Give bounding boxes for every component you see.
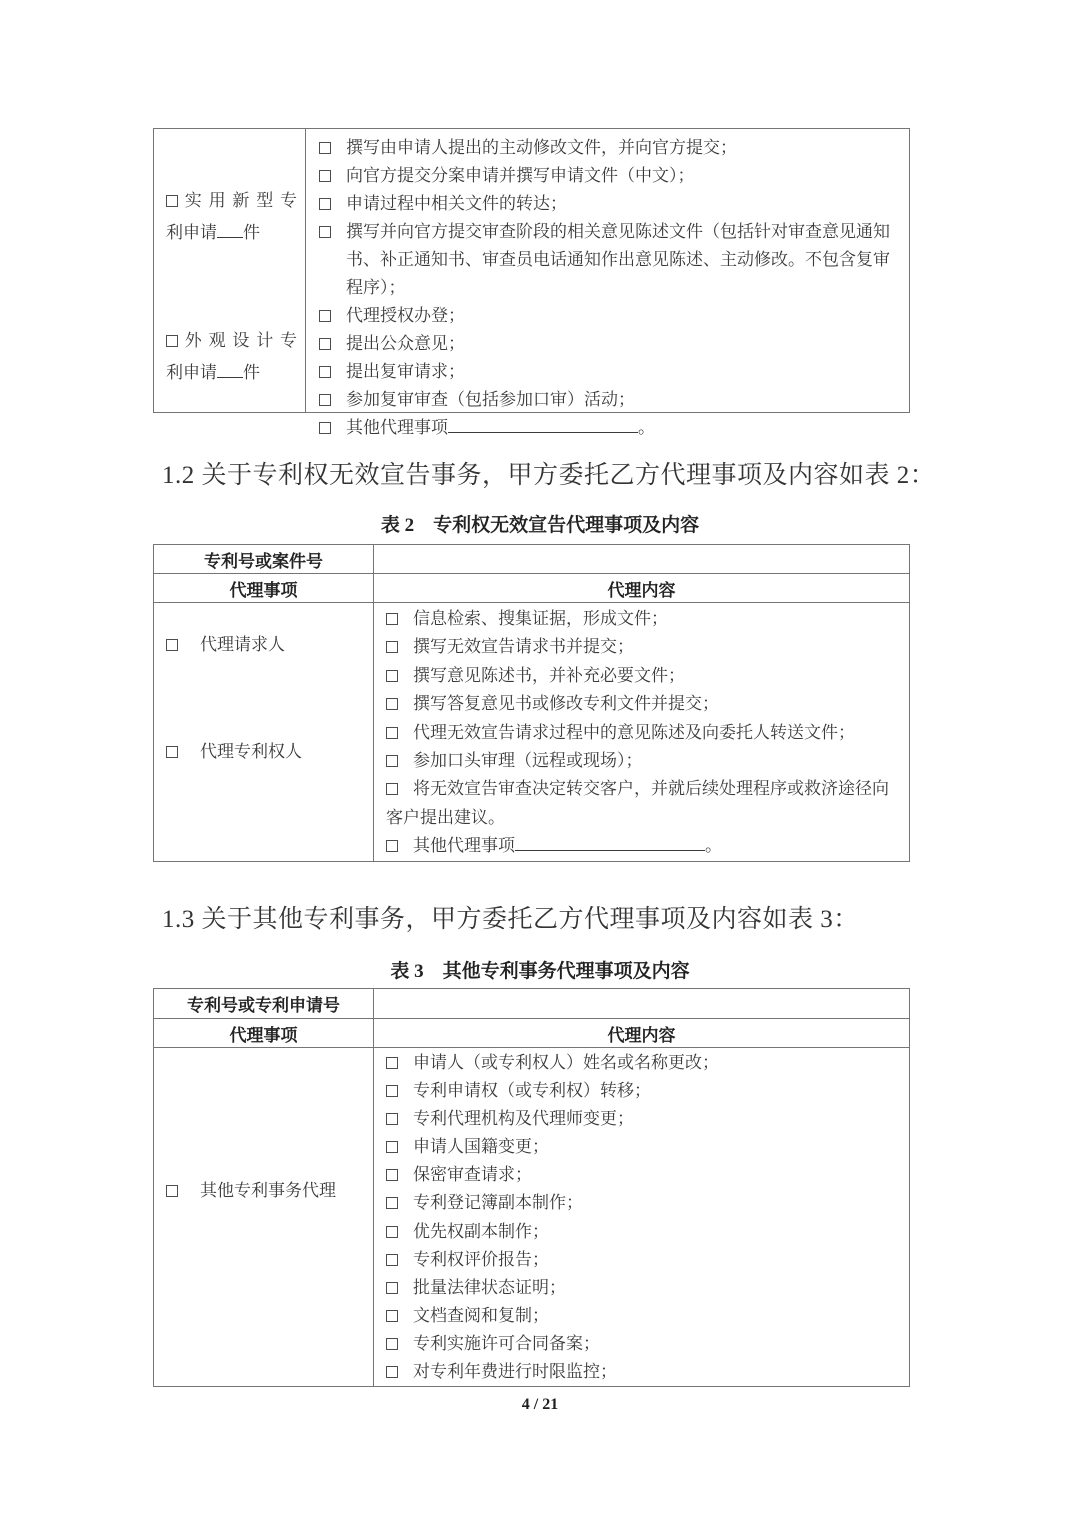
item-text: 撰写由申请人提出的主动修改文件，并向官方提交； — [346, 134, 897, 162]
table-3-agency-content-list: 申请人（或专利权人）姓名或名称更改；专利申请权（或专利权）转移；专利代理机构及代… — [374, 1048, 909, 1386]
checkbox-icon[interactable] — [319, 198, 331, 210]
agency-content-item: 撰写由申请人提出的主动修改文件，并向官方提交； — [319, 134, 897, 162]
table-3-patent-number-input-area[interactable] — [374, 989, 909, 1018]
checkbox-icon[interactable] — [386, 1338, 398, 1350]
fill-in-blank[interactable] — [515, 838, 705, 851]
table-1-application-agency: 实用新型专利申请件外观设计专利申请件 撰写由申请人提出的主动修改文件，并向官方提… — [153, 128, 910, 413]
agency-content-item: 批量法律状态证明； — [386, 1274, 897, 1302]
item-text: 申请人国籍变更； — [413, 1133, 897, 1161]
agency-content-item: 参加口头审理（远程或现场）； — [386, 747, 897, 775]
agency-content-item: 将无效宣告审查决定转交客户，并就后续处理程序或救济途径向客户提出建议。 — [386, 775, 897, 832]
agency-content-item: 提出公众意见； — [319, 330, 897, 358]
agency-matter-item: 代理专利权人 — [166, 738, 365, 766]
agency-content-item: 申请人国籍变更； — [386, 1133, 897, 1161]
checkbox-icon[interactable] — [166, 639, 178, 651]
checkbox-icon[interactable] — [319, 394, 331, 406]
agency-content-item: 其他代理事项。 — [319, 414, 897, 442]
table-3-other-patent-affairs: 专利号或专利申请号 代理事项 代理内容 其他专利事务代理 申请人（或专利权人）姓… — [153, 988, 910, 1387]
table-2-body-row: 代理请求人代理专利权人 信息检索、搜集证据，形成文件；撰写无效宣告请求书并提交；… — [154, 603, 909, 861]
table-2-header-row: 代理事项 代理内容 — [154, 574, 909, 603]
checkbox-icon[interactable] — [386, 613, 398, 625]
agency-content-item: 专利实施许可合同备案； — [386, 1330, 897, 1358]
table-3-header-agency-matter: 代理事项 — [154, 1019, 374, 1047]
table-2-patent-number-row: 专利号或案件号 — [154, 545, 909, 574]
item-text: 专利权评价报告； — [413, 1246, 897, 1274]
checkbox-icon[interactable] — [386, 755, 398, 767]
patent-type-item: 实用新型专利申请件 — [166, 185, 297, 249]
item-text: 保密审查请求； — [413, 1161, 897, 1189]
item-text: 文档查阅和复制； — [413, 1302, 897, 1330]
agency-content-item: 代理授权办登； — [319, 302, 897, 330]
item-text: 信息检索、搜集证据，形成文件； — [413, 605, 897, 633]
checkbox-icon[interactable] — [386, 1226, 398, 1238]
agency-content-item: 提出复审请求； — [319, 358, 897, 386]
table-3-header-row: 代理事项 代理内容 — [154, 1019, 909, 1048]
table-2-patent-number-input-area[interactable] — [374, 545, 909, 573]
table-2-invalidation-agency: 专利号或案件号 代理事项 代理内容 代理请求人代理专利权人 信息检索、搜集证据，… — [153, 544, 910, 862]
agency-content-item: 优先权副本制作； — [386, 1218, 897, 1246]
checkbox-icon[interactable] — [319, 170, 331, 182]
checkbox-icon[interactable] — [386, 840, 398, 852]
item-text: 向官方提交分案申请并撰写申请文件（中文）； — [346, 162, 897, 190]
agency-content-item: 文档查阅和复制； — [386, 1302, 897, 1330]
agency-content-item: 对专利年费进行时限监控； — [386, 1358, 897, 1386]
agency-content-item: 专利代理机构及代理师变更； — [386, 1105, 897, 1133]
checkbox-icon[interactable] — [386, 698, 398, 710]
agency-content-item: 专利权评价报告； — [386, 1246, 897, 1274]
checkbox-icon[interactable] — [386, 1197, 398, 1209]
item-text: 专利实施许可合同备案； — [413, 1330, 897, 1358]
item-text: 批量法律状态证明； — [413, 1274, 897, 1302]
checkbox-icon[interactable] — [166, 746, 178, 758]
checkbox-icon[interactable] — [319, 366, 331, 378]
item-text: 专利登记簿副本制作； — [413, 1189, 897, 1217]
agency-content-item: 撰写意见陈述书，并补充必要文件； — [386, 662, 897, 690]
item-text: 专利代理机构及代理师变更； — [413, 1105, 897, 1133]
checkbox-icon[interactable] — [386, 783, 398, 795]
checkbox-icon[interactable] — [166, 335, 178, 347]
item-text: 代理请求人 — [200, 631, 365, 659]
count-fill-in-blank[interactable] — [217, 225, 243, 238]
item-text: 参加复审审查（包括参加口审）活动； — [346, 386, 897, 414]
item-text: 撰写意见陈述书，并补充必要文件； — [413, 662, 897, 690]
item-text: 撰写并向官方提交审查阶段的相关意见陈述文件（包括针对审查意见通知书、补正通知书、… — [346, 218, 897, 302]
table-3-body-row: 其他专利事务代理 申请人（或专利权人）姓名或名称更改；专利申请权（或专利权）转移… — [154, 1048, 909, 1386]
agency-content-item: 申请人（或专利权人）姓名或名称更改； — [386, 1049, 897, 1077]
table-3-patent-number-row: 专利号或专利申请号 — [154, 989, 909, 1019]
table-2-header-agency-content: 代理内容 — [374, 574, 909, 602]
item-text: 优先权副本制作； — [413, 1218, 897, 1246]
item-text: 申请过程中相关文件的转达； — [346, 190, 897, 218]
table-3-patent-number-label: 专利号或专利申请号 — [154, 989, 374, 1018]
agency-matter-item: 其他专利事务代理 — [166, 1177, 365, 1205]
table-1-patent-type-column: 实用新型专利申请件外观设计专利申请件 — [154, 129, 306, 412]
checkbox-icon[interactable] — [386, 641, 398, 653]
agency-content-item: 申请过程中相关文件的转达； — [319, 190, 897, 218]
checkbox-icon[interactable] — [319, 338, 331, 350]
checkbox-icon[interactable] — [166, 195, 178, 207]
checkbox-icon[interactable] — [386, 1057, 398, 1069]
item-text: 其他代理事项。 — [346, 414, 897, 442]
checkbox-icon[interactable] — [386, 1366, 398, 1378]
item-text: 对专利年费进行时限监控； — [413, 1358, 897, 1386]
item-text: 将无效宣告审查决定转交客户，并就后续处理程序或救济途径向客户提出建议。 — [386, 779, 889, 826]
document-page: 实用新型专利申请件外观设计专利申请件 撰写由申请人提出的主动修改文件，并向官方提… — [0, 0, 1080, 1527]
item-text: 撰写无效宣告请求书并提交； — [413, 633, 897, 661]
agency-content-item: 专利登记簿副本制作； — [386, 1189, 897, 1217]
item-text: 实用新型专 — [178, 191, 297, 210]
agency-content-item: 撰写并向官方提交审查阶段的相关意见陈述文件（包括针对审查意见通知书、补正通知书、… — [319, 218, 897, 302]
fill-in-blank[interactable] — [448, 420, 638, 433]
checkbox-icon[interactable] — [166, 1185, 178, 1197]
table-1-body-row: 实用新型专利申请件外观设计专利申请件 撰写由申请人提出的主动修改文件，并向官方提… — [154, 129, 909, 412]
item-text: 代理无效宣告请求过程中的意见陈述及向委托人转送文件； — [413, 719, 897, 747]
checkbox-icon[interactable] — [319, 310, 331, 322]
checkbox-icon[interactable] — [386, 1169, 398, 1181]
agency-content-item: 向官方提交分案申请并撰写申请文件（中文）； — [319, 162, 897, 190]
section-1-2-heading: 1.2 关于专利权无效宣告事务，甲方委托乙方代理事项及内容如表 2： — [162, 458, 1022, 493]
count-fill-in-blank[interactable] — [217, 365, 243, 378]
patent-type-line2: 利申请件 — [166, 217, 297, 249]
checkbox-icon[interactable] — [386, 727, 398, 739]
agency-content-item: 代理无效宣告请求过程中的意见陈述及向委托人转送文件； — [386, 719, 897, 747]
item-text: 其他专利事务代理 — [200, 1177, 365, 1205]
table-3-header-agency-content: 代理内容 — [374, 1019, 909, 1047]
checkbox-icon[interactable] — [386, 1141, 398, 1153]
checkbox-icon[interactable] — [386, 1310, 398, 1322]
table-3-title: 表 3 其他专利事务代理事项及内容 — [0, 959, 1080, 984]
checkbox-icon[interactable] — [319, 226, 331, 238]
checkbox-icon[interactable] — [319, 142, 331, 154]
patent-type-line1: 外观设计专 — [166, 325, 297, 357]
checkbox-icon[interactable] — [386, 1282, 398, 1294]
agency-content-item: 专利申请权（或专利权）转移； — [386, 1077, 897, 1105]
patent-type-item: 外观设计专利申请件 — [166, 325, 297, 389]
table-2-header-agency-matter: 代理事项 — [154, 574, 374, 602]
agency-matter-item: 代理请求人 — [166, 631, 365, 659]
table-2-patent-number-label: 专利号或案件号 — [154, 545, 374, 573]
table-1-agency-content-list: 撰写由申请人提出的主动修改文件，并向官方提交；向官方提交分案申请并撰写申请文件（… — [306, 129, 909, 412]
checkbox-icon[interactable] — [386, 670, 398, 682]
page-number: 4 / 21 — [0, 1396, 1080, 1414]
checkbox-icon[interactable] — [386, 1113, 398, 1125]
item-text: 专利申请权（或专利权）转移； — [413, 1077, 897, 1105]
item-text: 代理专利权人 — [200, 738, 365, 766]
section-1-3-heading: 1.3 关于其他专利事务，甲方委托乙方代理事项及内容如表 3： — [162, 902, 1022, 937]
table-2-agency-content-list: 信息检索、搜集证据，形成文件；撰写无效宣告请求书并提交；撰写意见陈述书，并补充必… — [374, 603, 909, 861]
agency-content-item: 其他代理事项。 — [386, 832, 897, 860]
item-text: 参加口头审理（远程或现场）； — [413, 747, 897, 775]
checkbox-icon[interactable] — [386, 1254, 398, 1266]
patent-type-line2: 利申请件 — [166, 357, 297, 389]
agency-content-item: 信息检索、搜集证据，形成文件； — [386, 605, 897, 633]
item-text: 撰写答复意见书或修改专利文件并提交； — [413, 690, 897, 718]
table-2-title: 表 2 专利权无效宣告代理事项及内容 — [0, 513, 1080, 538]
item-text: 外观设计专 — [178, 331, 297, 350]
item-text: 申请人（或专利权人）姓名或名称更改； — [413, 1049, 897, 1077]
checkbox-icon[interactable] — [386, 1085, 398, 1097]
item-text: 其他代理事项。 — [413, 832, 897, 860]
item-text: 代理授权办登； — [346, 302, 897, 330]
item-text: 提出复审请求； — [346, 358, 897, 386]
agency-content-item: 撰写无效宣告请求书并提交； — [386, 633, 897, 661]
agency-content-item: 参加复审审查（包括参加口审）活动； — [319, 386, 897, 414]
table-2-agency-matter-column: 代理请求人代理专利权人 — [154, 603, 374, 861]
table-3-agency-matter-column: 其他专利事务代理 — [154, 1048, 374, 1386]
item-text: 提出公众意见； — [346, 330, 897, 358]
agency-content-item: 保密审查请求； — [386, 1161, 897, 1189]
agency-content-item: 撰写答复意见书或修改专利文件并提交； — [386, 690, 897, 718]
checkbox-icon[interactable] — [319, 422, 331, 434]
patent-type-line1: 实用新型专 — [166, 185, 297, 217]
